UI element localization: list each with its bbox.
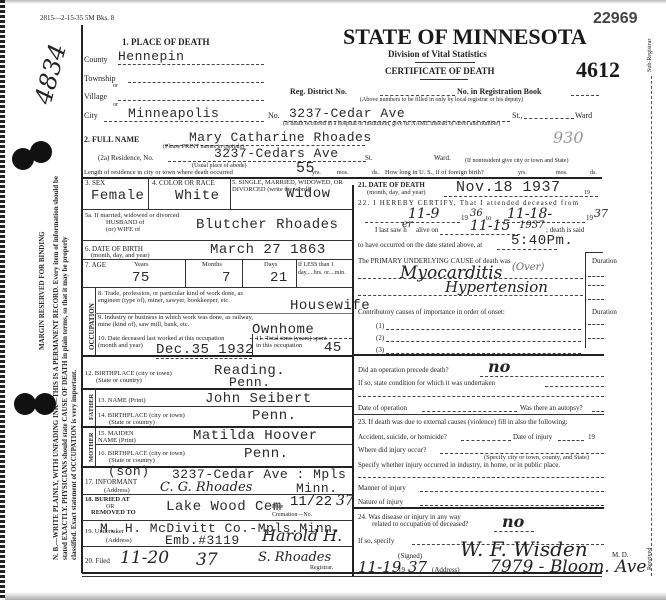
residence-label: (2a) Residence, No.: [98, 154, 154, 162]
total-time-label: 11. Total time (years) spent in this occ…: [256, 335, 328, 349]
duration-column-divider: [585, 252, 586, 348]
signed-year-prefix: 19: [398, 566, 405, 574]
margin-handwritten-number: 4834: [29, 41, 72, 107]
external-causes-label: 23. If death was due to external causes …: [358, 418, 568, 426]
scan-bottom-edge: [0, 592, 666, 600]
father-section-label: FATHER: [88, 394, 95, 420]
marital-value: Widow: [286, 186, 331, 202]
father-name-divider: [95, 406, 352, 407]
operation-condition-line-2: [358, 396, 604, 397]
autopsy-label: Was there an autopsy?: [520, 404, 583, 412]
date-of-death-label: 21. DATE OF DEATH: [358, 181, 425, 189]
age-years-value: 75: [132, 270, 150, 286]
county-label: County: [84, 56, 108, 64]
occupation-related-value: no: [494, 512, 534, 532]
contrib-2-line: [386, 341, 581, 342]
reg-district-label: Reg. District No.: [290, 87, 347, 96]
reg-book-field: [571, 95, 599, 96]
handwritten-930: 930: [553, 128, 584, 147]
death-time-value: 5:40Pm.: [497, 233, 557, 250]
mos-label-2: mos.: [556, 169, 568, 177]
secondary-cause-value: Hypertension: [445, 278, 548, 296]
duration-top-border: [585, 252, 603, 253]
sex-race-divider: [148, 177, 149, 209]
nature-line: [420, 505, 604, 506]
birthplace-sublabel: (State or country): [96, 377, 142, 385]
manner-label: Manner of injury: [358, 484, 406, 492]
nature-label: Nature of injury: [358, 498, 403, 506]
burial-date: 11/22: [290, 494, 332, 510]
alive-label: alive on: [416, 226, 438, 234]
form-left-border: [81, 25, 83, 573]
margin-nb-text: N. B.—WRITE PLAINLY, WITH UNFADING INK—T…: [52, 176, 60, 560]
age-days-divider: [296, 259, 297, 287]
age-months-value: 7: [222, 270, 231, 286]
age-months-divider: [242, 259, 243, 287]
undertaker-signature: Harold H.: [262, 526, 342, 545]
operation-condition-label: If so, state condition for which it was …: [358, 379, 495, 387]
industry-label: 9. Industry or business in which work wa…: [98, 314, 258, 328]
specify-injury-line: [358, 477, 604, 478]
operation-date-label: Date of operation: [358, 404, 407, 412]
informant-relation: (son): [108, 464, 150, 479]
injury-19: 19: [588, 433, 595, 441]
sex-label: 3. SEX: [85, 179, 105, 187]
cremation-label: Cremation—No.: [272, 511, 312, 519]
file-number: 22969: [593, 10, 638, 28]
operation-bottom-divider: [354, 414, 604, 415]
contrib-3-label: (3): [376, 346, 384, 354]
father-birthplace-value: Penn.: [252, 408, 297, 424]
occupation-related-label-2: related to occupation of deceased?: [372, 520, 468, 528]
undertaker-sublabel: (Address): [106, 537, 132, 545]
full-name-label: 2. FULL NAME: [84, 136, 139, 144]
right-dotted-line: [651, 76, 652, 576]
last-saw-pronoun: er: [402, 219, 413, 230]
township-label: Township: [84, 75, 115, 83]
burial-label-3: REMOVED TO: [91, 509, 136, 517]
township-field: [128, 82, 264, 83]
burial-date-label: Date: [272, 503, 283, 511]
yrs-label: yrs.: [312, 169, 321, 177]
registrar-signature: S. Rhoades: [258, 550, 331, 565]
village-label: Village: [84, 93, 107, 101]
total-time-value: 45: [324, 340, 342, 356]
duration-line-3: [588, 299, 604, 300]
ds-label: ds.: [372, 169, 379, 177]
street-st-label: St.,: [512, 112, 523, 120]
operation-date-line: [422, 411, 517, 412]
spouse-label-3: (or) WIFE of: [106, 226, 140, 234]
father-name-value: John Seibert: [205, 391, 312, 407]
accident-line: [461, 440, 511, 441]
injury-bottom-divider: [354, 507, 604, 509]
contributory-label: Contributory causes of importance in ord…: [358, 308, 505, 316]
ward-field: [524, 118, 574, 119]
certificate-underline: [420, 79, 468, 80]
margin-physicians-text: stated EXACTLY. PHYSICIANS should state …: [61, 237, 69, 560]
to-year: 37: [594, 207, 608, 220]
sex-value: Female: [91, 188, 144, 204]
if-so-specify-label: If so, specify: [358, 537, 394, 545]
state-title: STATE OF MINNESOTA: [343, 24, 587, 50]
contrib-1-line: [386, 329, 581, 330]
specify-injury-label: Specify whether injury occurred in indus…: [358, 461, 560, 469]
ward-label: Ward: [575, 112, 592, 120]
occupation-bottom-divider: [82, 355, 352, 357]
sex-row-divider: [82, 209, 352, 210]
autopsy-line: [592, 411, 604, 412]
where-injury-label: Where did injury occur?: [358, 446, 426, 454]
primary-cause-note: (Over): [512, 262, 544, 273]
causes-bottom-divider: [354, 354, 604, 356]
sub-registrar-label: Sub-Registrar: [647, 39, 653, 72]
secondary-cause-line: [358, 295, 583, 296]
age-years-divider: [185, 259, 186, 287]
duration-line-4: [588, 324, 604, 325]
mother-section-label: MOTHER: [88, 432, 95, 462]
yrs-label-2: yrs.: [518, 169, 527, 177]
dob-row-divider: [82, 259, 352, 260]
form-middle-border: [352, 185, 354, 577]
dob-value: March 27 1863: [210, 242, 326, 258]
length-residence-label: Length of residence in city or town wher…: [84, 169, 233, 177]
informant-signature: C. G. Rhoades: [160, 480, 252, 495]
city-label: City: [84, 112, 98, 120]
form-code: 2815—2-15-35 5M Bks. 8: [40, 14, 114, 22]
to-year-prefix: 19: [586, 214, 593, 222]
trade-label: 8. Trade, profession, or particular kind…: [98, 290, 258, 304]
date-of-death-19: 19: [584, 189, 590, 197]
birthplace-bottom-divider: [82, 388, 352, 390]
undertaker-bottom-divider: [82, 546, 352, 547]
village-field: [118, 100, 264, 101]
binding-hole-top-b: [30, 141, 52, 163]
injury-date-line: [558, 440, 584, 441]
burial-year: 37: [336, 493, 354, 509]
place-of-death-label: 1. PLACE OF DEATH: [122, 37, 210, 47]
signed-year: 37: [408, 558, 427, 576]
last-saw-year: 1937: [519, 220, 544, 231]
residence-value: 3237-Cedars Ave: [168, 146, 366, 162]
duration-line-1: [588, 276, 604, 277]
binding-hole-bottom-a: [14, 393, 36, 415]
scan-top-edge: [0, 0, 666, 4]
informant-label: 17. INFORMANT: [85, 478, 137, 486]
mother-name-divider: [95, 444, 352, 445]
or-label-1: or: [113, 82, 118, 90]
us-residence-label: How long in U. S., if of foreign birth?: [385, 169, 484, 177]
margin-occupation-text: classified. Exact statement of OCCUPATIO…: [70, 370, 78, 560]
occupation-left-divider: [95, 287, 96, 355]
city-value: Minneapolis: [104, 106, 264, 122]
mos-label: mos.: [337, 169, 349, 177]
ds-label-2: ds.: [590, 169, 597, 177]
days-label: Days: [264, 261, 277, 269]
certificate-number: 4612: [576, 57, 620, 83]
division-label: Division of Vital Statistics: [388, 49, 487, 59]
years-label: Years: [134, 261, 149, 269]
filed-year: 37: [196, 550, 218, 570]
date-of-death-value: Nov.18 1937: [444, 179, 598, 197]
occurred-label: to have occurred on the date stated abov…: [358, 241, 482, 249]
duration-label-2: Duration: [592, 308, 617, 316]
age-row-divider: [82, 287, 352, 288]
manner-line: [420, 491, 604, 492]
residence-st-label: St.: [365, 154, 373, 162]
duration-line-2: [588, 285, 604, 286]
duration-label: Duration: [592, 257, 617, 265]
signed-date: 11-19: [358, 558, 401, 576]
mother-name-label: 15. MAIDEN NAME (Print): [98, 430, 143, 444]
date-of-death-sublabel: (month, day, and year): [367, 189, 426, 197]
physician-address: 7979 - Bloom. Ave: [490, 557, 646, 577]
county-value: Hennepin: [118, 49, 264, 65]
accident-label: Accident, suicide, or homicide?: [358, 433, 447, 441]
operation-condition-line: [545, 386, 604, 387]
hospital-note: (If death occurred in a hospital or inst…: [283, 120, 500, 128]
race-value: White: [175, 188, 220, 204]
received-label: Received: [647, 548, 653, 570]
lessthan-label: If LESS than 1 day,....hrs. or....min.: [298, 261, 352, 277]
margin-binding-text: MARGIN RESERVED FOR BINDING: [38, 231, 46, 350]
father-name-label: 13. NAME (Print): [98, 397, 145, 405]
reg-book-label: No. in Registration Book: [457, 87, 541, 96]
mother-name-value: Matilda Hoover: [193, 428, 318, 444]
contrib-1-label: (1): [376, 322, 384, 330]
total-time-divider: [252, 334, 253, 355]
scan-left-edge: [0, 0, 5, 600]
division-underline: [415, 62, 475, 63]
physician-address-label: (Address): [432, 566, 460, 574]
months-label: Months: [202, 261, 222, 269]
operation-label: Did an operation precede death?: [358, 366, 449, 374]
reg-note: (Above numbers to be filled in only by l…: [360, 96, 523, 104]
race-label: 4. COLOR OR RACE: [152, 179, 215, 187]
certificate-title: CERTIFICATE OF DEATH: [385, 66, 495, 76]
filed-label: 20. Filed: [85, 557, 110, 565]
mother-birthplace-value: Penn.: [244, 446, 289, 462]
street-no-label: No.: [268, 112, 280, 120]
age-label: 7. AGE: [85, 261, 106, 269]
registrar-label: Registrar.: [310, 564, 333, 572]
duration-line-5: [588, 338, 604, 339]
filed-date: 11-20: [120, 548, 169, 568]
spouse-value: Blutcher Rhoades: [196, 217, 338, 233]
burial-place: Lake Wood Cem: [166, 499, 282, 515]
nonresident-note: (If nonresident give city or town and St…: [465, 157, 568, 165]
residence-ward-label: Ward.: [434, 154, 451, 162]
spouse-row-divider: [82, 240, 352, 241]
race-marital-divider: [230, 177, 231, 209]
injury-date-label: Date of injury: [513, 433, 552, 441]
contrib-2-label: (2): [376, 334, 384, 342]
age-days-value: 21: [270, 270, 288, 286]
operation-value: no: [480, 357, 604, 377]
